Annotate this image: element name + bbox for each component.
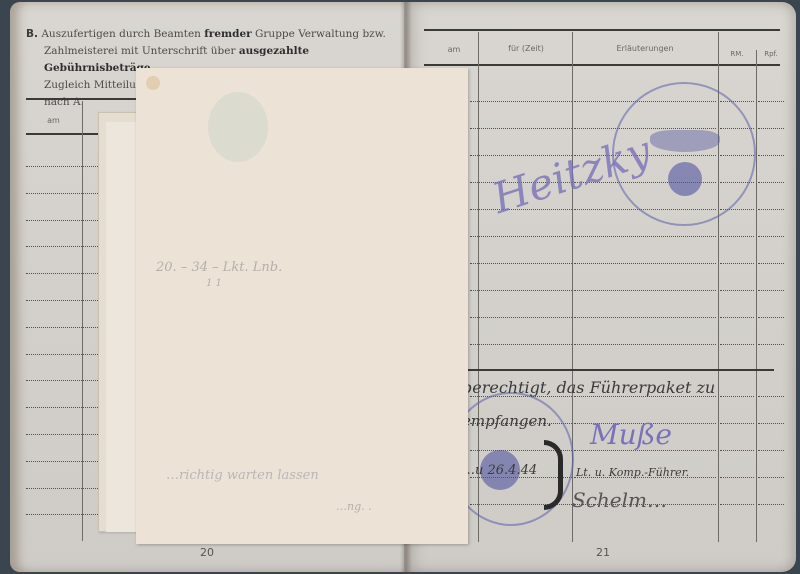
right-table-top-rule (424, 29, 780, 31)
inserted-slip-front: 20. – 34 – Lkt. Lnb. 1 1 …richtig warten… (136, 68, 468, 544)
right-col-erlaeuterungen: Erläuterungen (572, 44, 718, 53)
right-dotted-rule (758, 290, 784, 291)
instruction-line2a: Zahlmeisterei mit Unterschrift über (44, 45, 239, 57)
right-dotted-rule (470, 263, 572, 264)
right-dotted-rule (758, 128, 784, 129)
book-spread: B. Auszufertigen durch Beamten fremder G… (0, 0, 800, 574)
right-dotted-rule (758, 423, 784, 424)
right-dotted-rule (720, 504, 754, 505)
ghost-text-4: …ng. . (336, 500, 372, 513)
faded-stamp-bleed (208, 92, 268, 162)
foxing-spot (146, 76, 160, 90)
right-dotted-rule (758, 182, 784, 183)
right-col-am: am (426, 45, 482, 54)
right-dotted-rule (720, 263, 754, 264)
right-dotted-rule (758, 344, 784, 345)
instruction-line1a: Auszufertigen durch Beamten (41, 28, 204, 40)
page-number-right: 21 (596, 546, 610, 559)
right-dotted-rule (470, 317, 572, 318)
right-dotted-rule (758, 477, 784, 478)
right-dotted-rule (470, 128, 572, 129)
right-dotted-rule (758, 236, 784, 237)
right-dotted-rule (470, 101, 572, 102)
pencil-signature: Schelm… (572, 488, 667, 512)
right-section-rule (464, 369, 774, 371)
ghost-text-2: 1 1 (206, 278, 222, 289)
right-dotted-rule (470, 290, 572, 291)
entry-text-line2: empfangen. (462, 412, 552, 430)
right-dotted-rule (720, 290, 754, 291)
section-label: B. (26, 28, 38, 40)
right-dotted-rule (758, 450, 784, 451)
right-dotted-rule (758, 317, 784, 318)
right-dotted-rule (720, 450, 754, 451)
right-dotted-rule (574, 317, 716, 318)
bracket-mark (544, 440, 563, 510)
right-dotted-rule (758, 396, 784, 397)
ghost-text-3: …richtig warten lassen (166, 468, 319, 483)
right-dotted-rule (574, 344, 716, 345)
right-dotted-rule (758, 504, 784, 505)
right-dotted-rule (720, 423, 754, 424)
eagle-wings (650, 130, 720, 152)
right-dotted-rule (574, 236, 716, 237)
right-col-rm: RM. (718, 50, 756, 58)
right-dotted-rule (720, 344, 754, 345)
right-dotted-rule (758, 101, 784, 102)
right-dotted-rule (470, 236, 572, 237)
right-dotted-rule (720, 317, 754, 318)
rank-title: Lt. u. Komp.-Führer. (576, 466, 689, 479)
right-dotted-rule (720, 396, 754, 397)
right-dotted-rule (758, 263, 784, 264)
right-dotted-rule (470, 344, 572, 345)
right-dotted-rule (758, 209, 784, 210)
entry-text-line1: berechtigt, das Führerpaket zu (462, 378, 715, 397)
right-col-rpf: Rpf. (756, 50, 786, 58)
left-col-divider (82, 101, 83, 541)
right-col-zeit: für (Zeit) (480, 44, 572, 53)
purple-signature: Muße (590, 418, 672, 451)
eagle-swastika-emblem (668, 162, 702, 196)
right-dotted-rule (720, 477, 754, 478)
right-dotted-rule (720, 236, 754, 237)
right-dotted-rule (574, 290, 716, 291)
page-number-left: 20 (200, 546, 214, 559)
instruction-bold1: fremder (204, 28, 251, 40)
right-dotted-rule (574, 263, 716, 264)
right-divider-4 (756, 50, 757, 542)
entry-date: …u 26.4.44 (462, 463, 537, 478)
instruction-line1b: Gruppe Verwaltung bzw. (252, 28, 386, 40)
left-col-am: am (26, 116, 81, 125)
right-dotted-rule (758, 155, 784, 156)
ghost-text-1: 20. – 34 – Lkt. Lnb. (156, 260, 282, 275)
